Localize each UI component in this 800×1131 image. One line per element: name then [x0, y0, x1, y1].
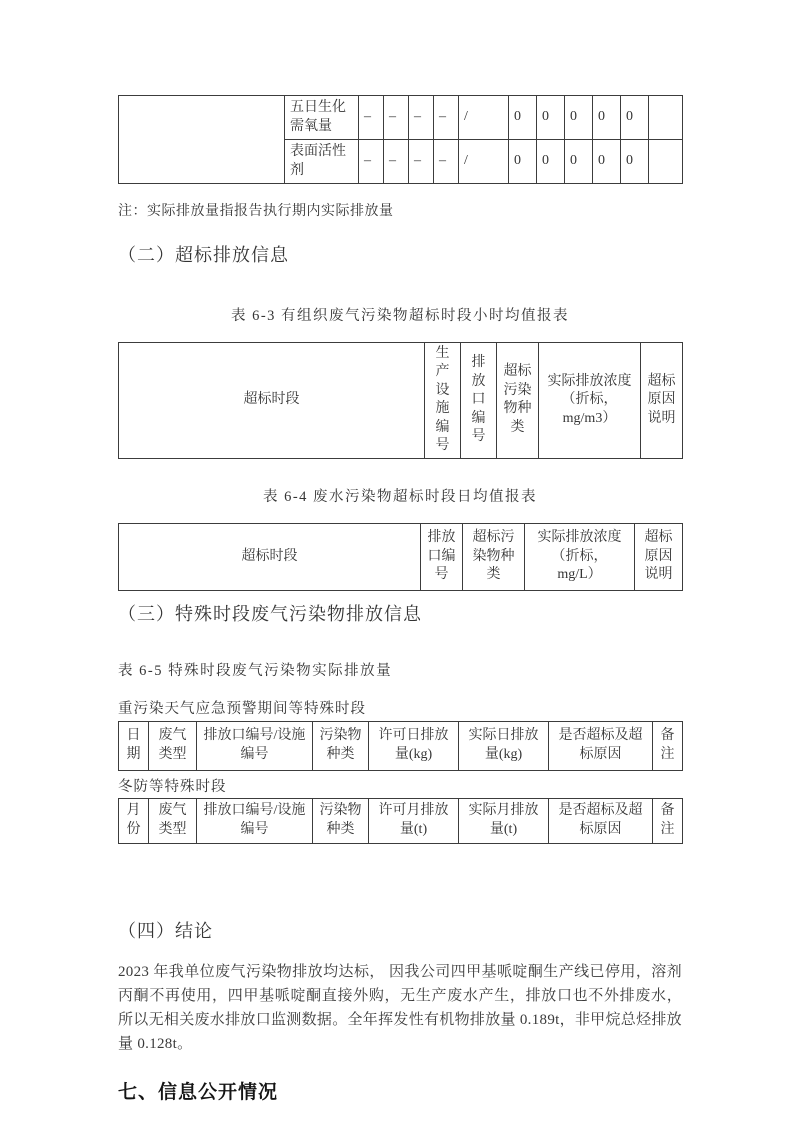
table-header-row: 超标时段 生产设施编号 排放口编号 超标污染物种类 实际排放浓度 （折标， mg…: [119, 343, 683, 459]
column-header: 废气类型: [149, 721, 197, 770]
empty-cell: [649, 96, 683, 140]
table-header-row: 日期 废气类型 排放口编号/设施编号 污染物种类 许可日排放量(kg) 实际日排…: [119, 721, 683, 770]
heavy-pollution-table: 日期 废气类型 排放口编号/设施编号 污染物种类 许可日排放量(kg) 实际日排…: [118, 721, 683, 771]
table-header-row: 超标时段 排放口编号 超标污染物种类 实际排放浓度 （折标， mg/L） 超标原…: [119, 523, 683, 590]
value-cell: 0: [593, 96, 621, 140]
column-header: 排放口编号/设施编号: [197, 721, 313, 770]
value-cell: –: [409, 140, 434, 184]
column-header: 超标污染物种类: [463, 523, 525, 590]
column-header: 实际排放浓度 （折标， mg/m3）: [539, 343, 641, 459]
table-note: 注：实际排放量指报告执行期内实际排放量: [118, 200, 682, 220]
section-heading-3: （三）特殊时段废气污染物排放信息: [118, 600, 682, 626]
column-header: 日期: [119, 721, 149, 770]
value-cell: –: [434, 96, 459, 140]
pollutant-name-cell: 表面活性剂: [285, 140, 359, 184]
value-cell: –: [359, 140, 384, 184]
column-header: 实际排放浓度 （折标， mg/L）: [525, 523, 635, 590]
table-row: 五日生化需氧量 – – – – / 0 0 0 0 0: [119, 96, 683, 140]
column-header: 超标污染物种类: [497, 343, 539, 459]
column-header: 排放口编号: [461, 343, 497, 459]
column-header: 超标原因说明: [635, 523, 683, 590]
table-6-5-title: 表 6-5 特殊时段废气污染物实际排放量: [118, 659, 682, 680]
actual-emission-table-fragment: 五日生化需氧量 – – – – / 0 0 0 0 0 表面活性剂 – – – …: [118, 95, 683, 184]
winter-subtitle: 冬防等特殊时段: [118, 775, 682, 796]
value-cell: 0: [565, 140, 593, 184]
column-header: 备注: [653, 798, 683, 843]
column-header: 废气类型: [149, 798, 197, 843]
value-cell: /: [459, 140, 509, 184]
section-heading-4: （四）结论: [118, 917, 682, 943]
table-6-3-title: 表 6-3 有组织废气污染物超标时段小时均值报表: [118, 304, 682, 325]
table-6-3: 超标时段 生产设施编号 排放口编号 超标污染物种类 实际排放浓度 （折标， mg…: [118, 342, 683, 459]
section-heading-2: （二）超标排放信息: [118, 241, 682, 267]
document-page: 五日生化需氧量 – – – – / 0 0 0 0 0 表面活性剂 – – – …: [0, 0, 800, 1131]
section-heading-7: 七、信息公开情况: [118, 1077, 682, 1104]
value-cell: –: [384, 96, 409, 140]
column-header: 是否超标及超标原因: [549, 798, 653, 843]
conclusion-paragraph: 2023 年我单位废气污染物排放均达标， 因我公司四甲基哌啶酮生产线已停用，溶剂…: [118, 960, 682, 1056]
value-cell: 0: [565, 96, 593, 140]
column-header: 污染物种类: [313, 721, 369, 770]
column-header: 污染物种类: [313, 798, 369, 843]
value-cell: –: [384, 140, 409, 184]
column-header: 排放口编号: [421, 523, 463, 590]
column-header: 备注: [653, 721, 683, 770]
value-cell: 0: [621, 96, 649, 140]
column-header: 排放口编号/设施编号: [197, 798, 313, 843]
value-cell: 0: [509, 140, 537, 184]
column-header: 超标时段: [119, 343, 425, 459]
value-cell: 0: [593, 140, 621, 184]
column-header: 许可月排放量(t): [369, 798, 459, 843]
value-cell: 0: [509, 96, 537, 140]
column-header: 超标原因说明: [641, 343, 683, 459]
value-cell: 0: [621, 140, 649, 184]
value-cell: –: [434, 140, 459, 184]
column-header: 实际月排放量(t): [459, 798, 549, 843]
empty-merged-cell: [119, 96, 285, 184]
value-cell: /: [459, 96, 509, 140]
table-header-row: 月份 废气类型 排放口编号/设施编号 污染物种类 许可月排放量(t) 实际月排放…: [119, 798, 683, 843]
winter-table: 月份 废气类型 排放口编号/设施编号 污染物种类 许可月排放量(t) 实际月排放…: [118, 798, 683, 844]
column-header: 是否超标及超标原因: [549, 721, 653, 770]
column-header: 月份: [119, 798, 149, 843]
empty-cell: [649, 140, 683, 184]
table-6-4: 超标时段 排放口编号 超标污染物种类 实际排放浓度 （折标， mg/L） 超标原…: [118, 523, 683, 591]
value-cell: –: [409, 96, 434, 140]
column-header: 生产设施编号: [425, 343, 461, 459]
table-6-4-title: 表 6-4 废水污染物超标时段日均值报表: [118, 485, 682, 506]
value-cell: 0: [537, 140, 565, 184]
value-cell: –: [359, 96, 384, 140]
document-content: 五日生化需氧量 – – – – / 0 0 0 0 0 表面活性剂 – – – …: [118, 95, 682, 1104]
pollutant-name-cell: 五日生化需氧量: [285, 96, 359, 140]
heavy-pollution-subtitle: 重污染天气应急预警期间等特殊时段: [118, 697, 682, 718]
column-header: 超标时段: [119, 523, 421, 590]
column-header: 实际日排放量(kg): [459, 721, 549, 770]
value-cell: 0: [537, 96, 565, 140]
column-header: 许可日排放量(kg): [369, 721, 459, 770]
